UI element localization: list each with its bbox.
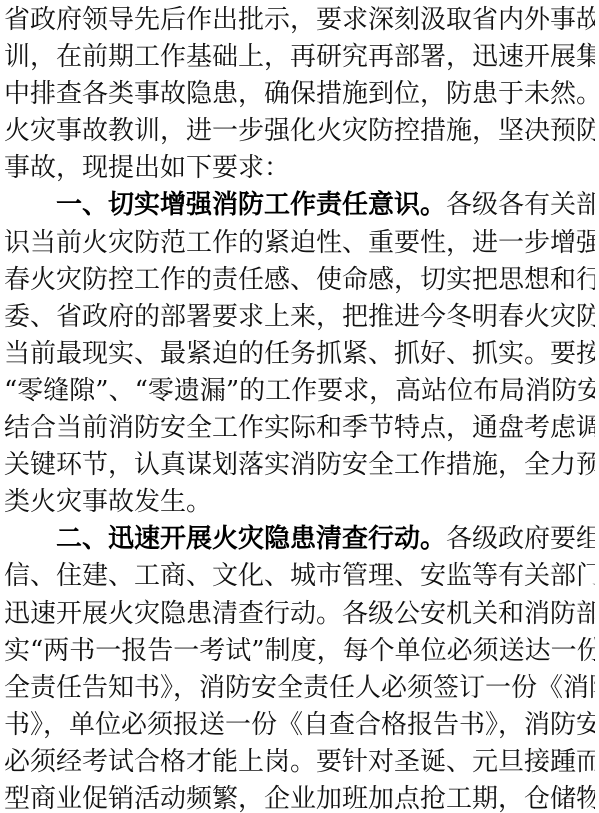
text-line: 中排查各类事故隐患，确保措施到位，防患于未然。为认真汲取 (4, 76, 595, 113)
document-page: 省政府领导先后作出批示，要求深刻汲取省内外事故的深刻教 训，在前期工作基础上，再… (0, 0, 599, 813)
text-line: 当前最现实、最紧迫的任务抓紧、抓好、抓实。要按照消防监管 (4, 336, 595, 373)
section-2-paragraph: 二、迅速开展火灾隐患清查行动。各级政府要组织公安和经 信、住建、工商、文化、城市… (4, 521, 595, 813)
section-2-first-line: 二、迅速开展火灾隐患清查行动。各级政府要组织公安和经 (4, 521, 595, 558)
text-line: 型商业促销活动频繁，企业加班加点抢工期，仓储物流企业大量 (4, 781, 595, 813)
text-line: 识当前火灾防范工作的紧迫性、重要性，进一步增强做好今冬明 (4, 225, 595, 262)
text-line: 书》，单位必须报送一份《自查合格报告书》，消防安全管理人员 (4, 707, 595, 744)
text-line: “零缝隙”、“零遗漏”的工作要求，高站位布局消防安全工作， (4, 373, 595, 410)
section-1-first-line-text: 各级各有关部门要充分认 (446, 190, 595, 220)
text-line: 事故，现提出如下要求： (4, 150, 595, 187)
text-line: 类火灾事故发生。 (4, 484, 595, 521)
text-line: 信、住建、工商、文化、城市管理、安监等有关部门，立足实际， (4, 558, 595, 595)
section-2-heading: 二、迅速开展火灾隐患清查行动。 (56, 524, 446, 554)
section-1-first-line: 一、切实增强消防工作责任意识。各级各有关部门要充分认 (4, 187, 595, 224)
text-line: 训，在前期工作基础上，再研究再部署，迅速开展集中整治，集 (4, 39, 595, 76)
text-line: 实“两书一报告一考试”制度，每个单位必须送达一份《消防安 (4, 633, 595, 670)
text-line: 全责任告知书》，消防安全责任人必须签订一份《消防安全承诺 (4, 670, 595, 707)
text-line: 必须经考试合格才能上岗。要针对圣诞、元旦接踵而至，各类大 (4, 744, 595, 781)
text-line: 关键环节，认真谋划落实消防安全工作措施，全力预防和遏制各 (4, 447, 595, 484)
text-line: 委、省政府的部署要求上来，把推进今冬明春火灾防控工作作为 (4, 299, 595, 336)
section-1-paragraph: 一、切实增强消防工作责任意识。各级各有关部门要充分认 识当前火灾防范工作的紧迫性… (4, 187, 595, 521)
intro-paragraph: 省政府领导先后作出批示，要求深刻汲取省内外事故的深刻教 训，在前期工作基础上，再… (4, 2, 595, 187)
text-line: 迅速开展火灾隐患清查行动。各级公安机关和消防部门要严格落 (4, 596, 595, 633)
text-line: 省政府领导先后作出批示，要求深刻汲取省内外事故的深刻教 (4, 2, 595, 39)
section-2-first-line-text: 各级政府要组织公安和经 (446, 524, 595, 554)
text-line: 春火灾防控工作的责任感、使命感，切实把思想和行动统一到省 (4, 262, 595, 299)
text-line: 结合当前消防安全工作实际和季节特点，通盘考虑调整消防工作 (4, 410, 595, 447)
text-line: 火灾事故教训，进一步强化火灾防控措施，坚决预防和遏制火灾 (4, 113, 595, 150)
section-1-heading: 一、切实增强消防工作责任意识。 (56, 190, 446, 220)
